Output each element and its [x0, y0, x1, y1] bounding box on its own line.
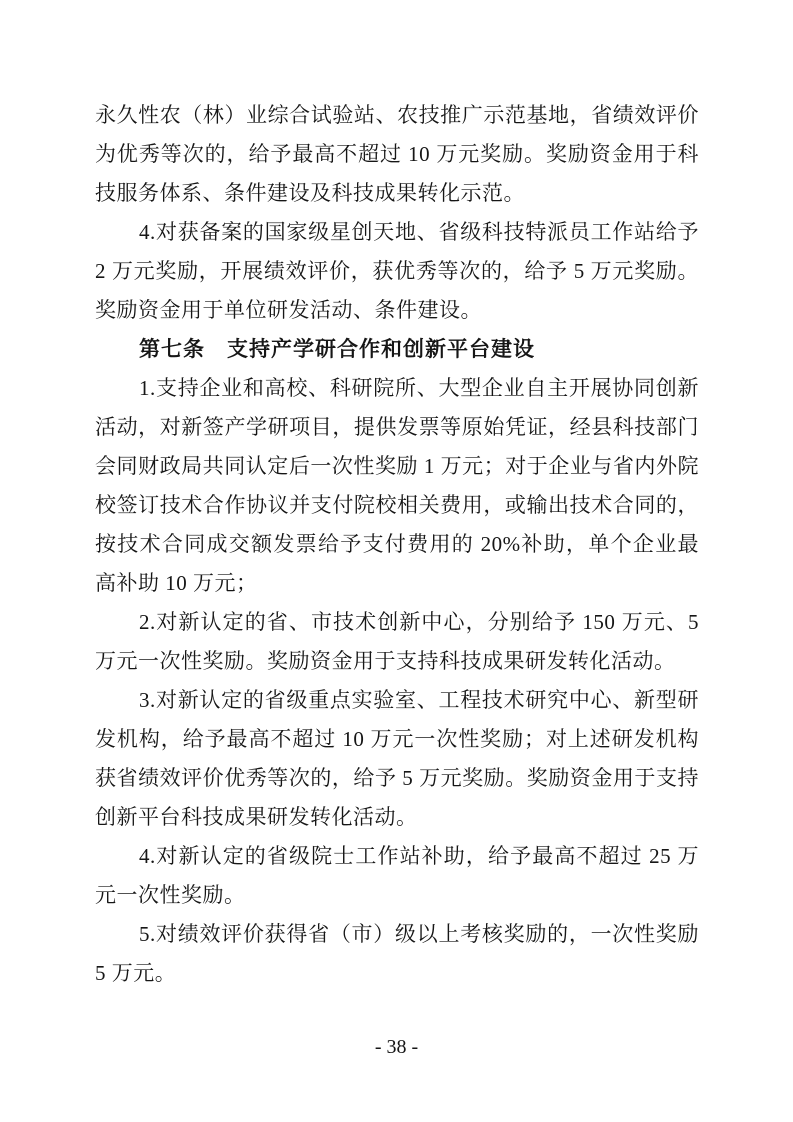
section-heading-article-7: 第七条 支持产学研合作和创新平台建设 [95, 330, 699, 369]
document-page: 永久性农（林）业综合试验站、农技推广示范基地，省绩效评价为优秀等次的，给予最高不… [0, 0, 793, 1122]
body-paragraph-clause-4: 4.对新认定的省级院士工作站补助，给予最高不超过 25 万元一次性奖励。 [95, 837, 699, 915]
body-paragraph-clause-2: 2.对新认定的省、市技术创新中心，分别给予 150 万元、5 万元一次性奖励。奖… [95, 603, 699, 681]
page-number: - 38 - [0, 1034, 793, 1060]
body-paragraph-clause-1: 1.支持企业和高校、科研院所、大型企业自主开展协同创新活动，对新签产学研项目，提… [95, 369, 699, 603]
body-paragraph-clause-3: 3.对新认定的省级重点实验室、工程技术研究中心、新型研发机构，给予最高不超过 1… [95, 681, 699, 837]
document-body: 永久性农（林）业综合试验站、农技推广示范基地，省绩效评价为优秀等次的，给予最高不… [95, 96, 699, 993]
body-paragraph-item-4-award: 4.对获备案的国家级星创天地、省级科技特派员工作站给予 2 万元奖励，开展绩效评… [95, 213, 699, 330]
body-paragraph-clause-5: 5.对绩效评价获得省（市）级以上考核奖励的，一次性奖励 5 万元。 [95, 915, 699, 993]
body-paragraph-continuation: 永久性农（林）业综合试验站、农技推广示范基地，省绩效评价为优秀等次的，给予最高不… [95, 96, 699, 213]
